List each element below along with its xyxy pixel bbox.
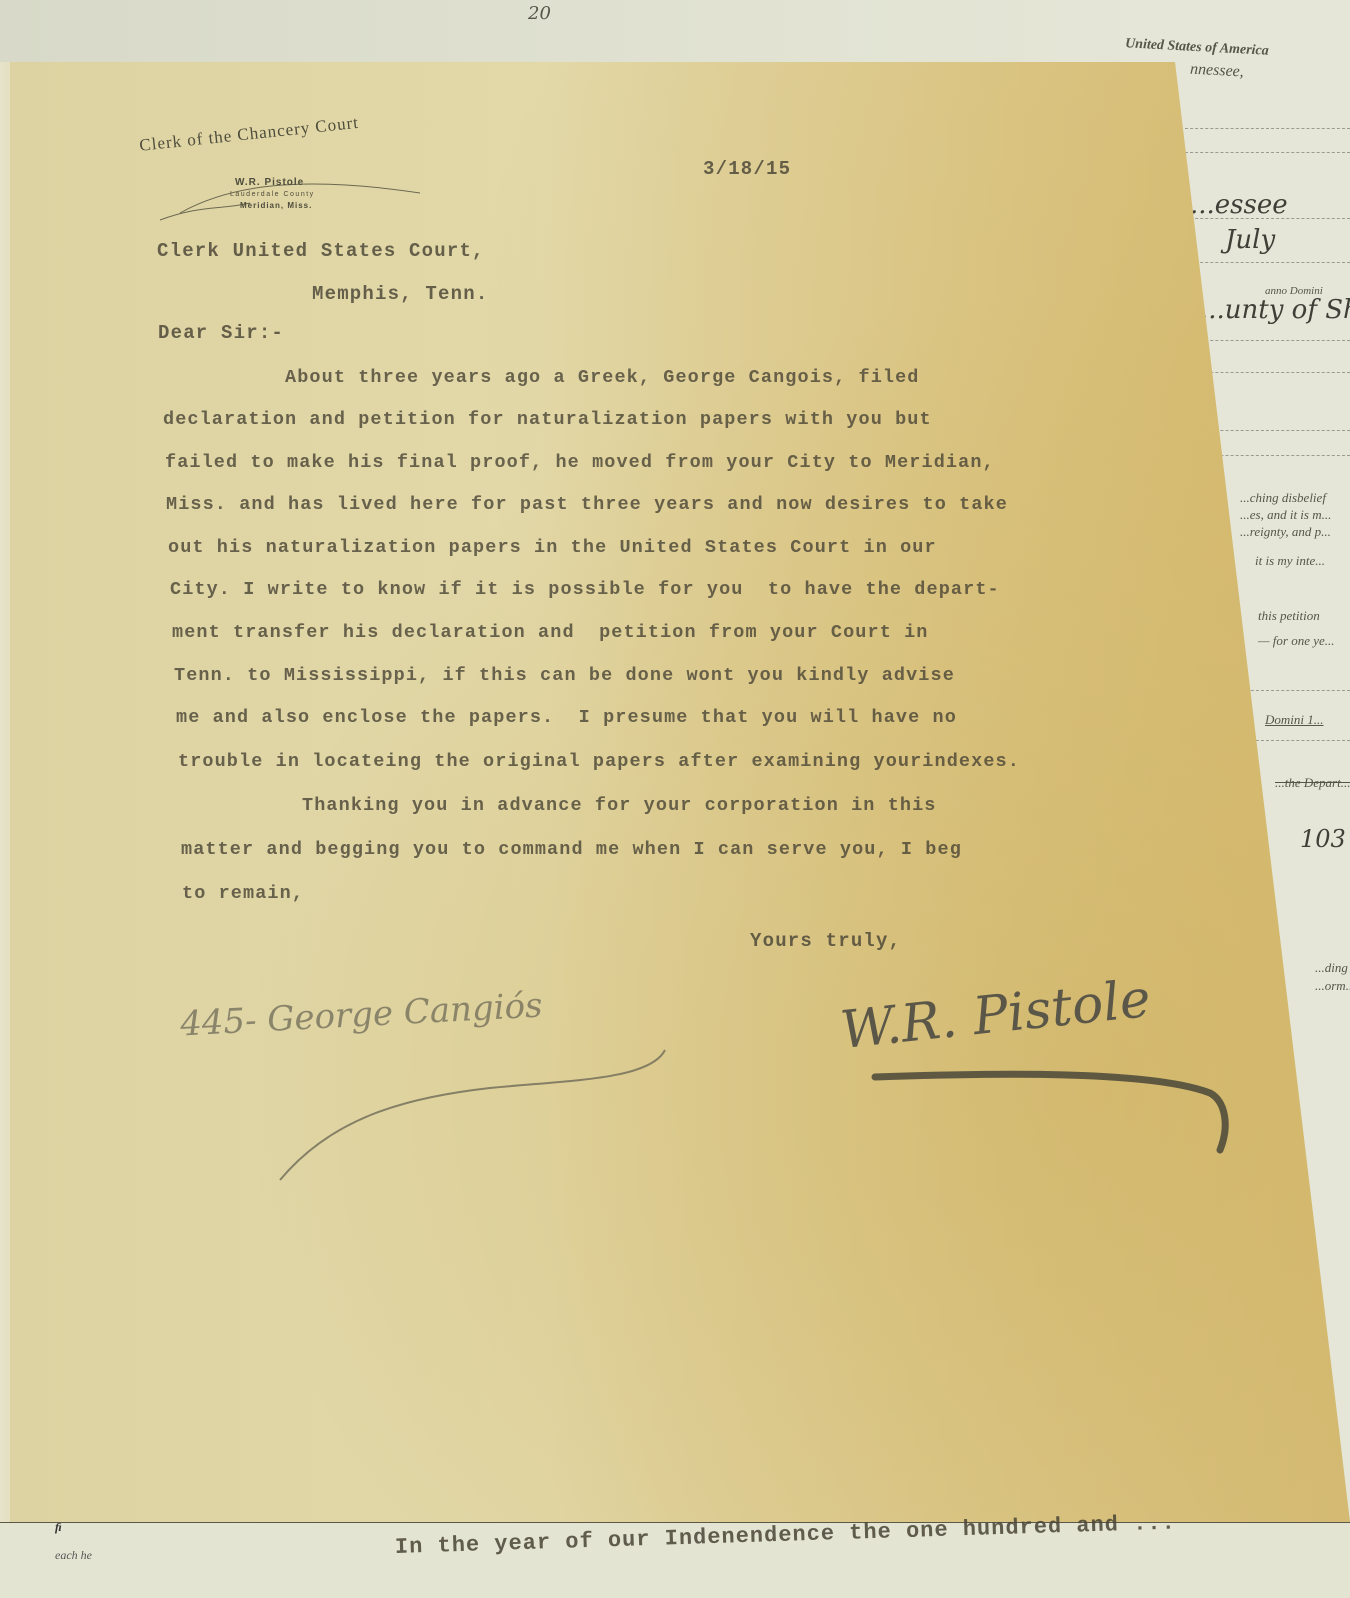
form-text: ...es, and it is m... (1240, 507, 1331, 523)
body-line: out his naturalization papers in the Uni… (168, 537, 937, 558)
body-line: to remain, (182, 883, 304, 904)
body-line: Tenn. to Mississippi, if this can be don… (174, 665, 955, 686)
body-line: me and also enclose the papers. I presum… (176, 707, 957, 728)
body-line: trouble in locateing the original papers… (178, 751, 1020, 772)
form-text: Domini 1... (1265, 712, 1324, 728)
form-handwriting: ...essee (1190, 190, 1288, 220)
salutation: Dear Sir:- (158, 322, 284, 344)
body-line: About three years ago a Greek, George Ca… (163, 367, 920, 388)
form-text: ...ching disbelief (1240, 490, 1326, 506)
letter-date: 3/18/15 (703, 158, 791, 180)
form-rule (1185, 152, 1350, 153)
letterhead-city: Meridian, Miss. (240, 201, 312, 210)
letter-page (10, 62, 1350, 1522)
body-line: ment transfer his declaration and petiti… (172, 622, 929, 643)
recipient-line-1: Clerk United States Court, (157, 240, 485, 262)
body-line: declaration and petition for naturalizat… (163, 409, 932, 430)
bottom-left-mark: ﬁ (55, 1520, 62, 1535)
letterhead-name: W.R. Pistole (235, 177, 304, 188)
body-line: City. I write to know if it is possible … (170, 579, 1000, 600)
bottom-left-text: each he (55, 1548, 92, 1563)
form-text: ...orm... (1315, 978, 1350, 994)
form-handwriting: July (1225, 225, 1275, 255)
form-text: ...reignty, and p... (1240, 524, 1331, 540)
pencil-flourish-icon (270, 1040, 690, 1190)
closing: Yours truly, (750, 930, 901, 952)
body-line: Thanking you in advance for your corpora… (180, 795, 937, 816)
form-state: nnessee, (1190, 61, 1245, 82)
letterhead-county: Lauderdale County (230, 191, 315, 198)
body-line: failed to make his final proof, he moved… (165, 452, 995, 473)
top-handwritten-mark: 20 (528, 3, 551, 24)
form-rule (1185, 340, 1350, 341)
form-handwriting: 103 (1300, 825, 1346, 853)
body-line: Miss. and has lived here for past three … (166, 494, 1008, 515)
form-handwriting: ...unty of Sh... (1200, 295, 1350, 325)
body-line: matter and begging you to command me whe… (181, 839, 962, 860)
form-text: this petition (1258, 608, 1320, 624)
form-text: ...ding (1315, 960, 1348, 976)
form-rule (1185, 262, 1350, 263)
letterhead: Clerk of the Chancery Court W.R. Pistole… (100, 135, 420, 225)
recipient-line-2: Memphis, Tenn. (312, 283, 488, 305)
form-text: ...the Depart... (1275, 775, 1350, 791)
form-text: it is my inte... (1255, 553, 1325, 569)
form-rule (1185, 128, 1350, 129)
form-text: — for one ye... (1258, 633, 1335, 649)
signature-underline-icon (870, 1065, 1240, 1165)
